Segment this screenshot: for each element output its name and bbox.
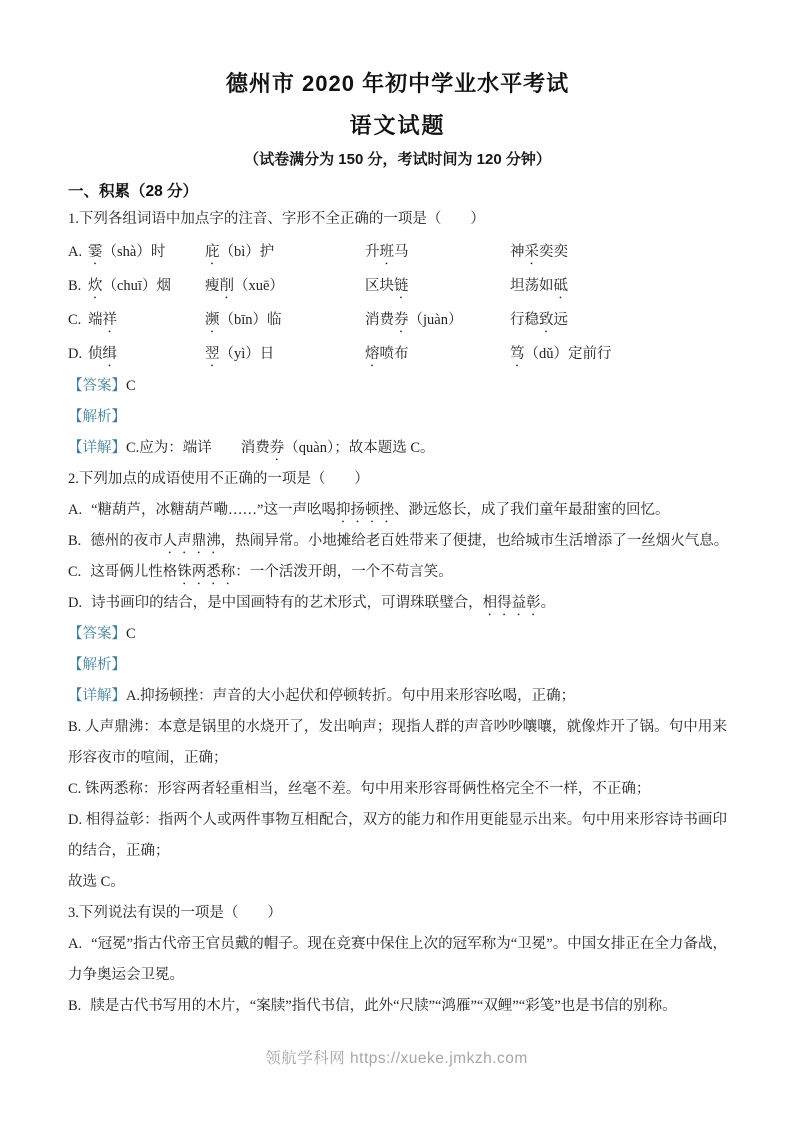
option-item: 行稳致远 [510, 303, 727, 337]
analysis-tag: 【解析】 [68, 409, 126, 425]
option-item: 熔喷布 [365, 337, 510, 371]
analysis-line: 【解析】 [68, 650, 727, 681]
analysis-tag: 【解析】 [68, 657, 126, 673]
option-item: 濒（bīn）临 [205, 303, 365, 337]
detail-tag: 【详解】 [68, 440, 126, 456]
detail-line: D. 相得益彰：指两个人或两件事物互相配合，双方的能力和作用更能显示出来。句中用… [68, 805, 727, 867]
detail-text: A.抑扬顿挫：声音的大小起伏和停顿转折。句中用来形容吆喝，正确； [126, 688, 575, 704]
option-d: D.诗书画印的结合，是中国画特有的艺术形式，可谓珠联璧合，相得益彰。 [68, 588, 727, 619]
detail-text: 故选 C。 [68, 874, 125, 890]
option-label: D. [68, 595, 82, 611]
watermark: 领航学科网 https://xueke.jmkzh.com [0, 1048, 793, 1070]
detail-text: D. 相得益彰：指两个人或两件事物互相配合，双方的能力和作用更能显示出来。句中用… [68, 812, 727, 859]
option-label: A. [68, 936, 82, 952]
option-label: B. [68, 998, 81, 1014]
option-item: 神采奕奕 [510, 235, 727, 269]
option-item: 翌（yì）日 [205, 337, 365, 371]
option-item: 升班马 [365, 235, 510, 269]
detail-line: C. 铢两悉称：形容两者轻重相当，丝毫不差。句中用来形容哥俩性格完全不一样，不正… [68, 774, 727, 805]
option-a: A.“冠冕”指古代帝王官员戴的帽子。现在竞赛中保住上次的冠军称为“卫冕”。中国女… [68, 929, 727, 991]
option-b: B.牍是古代书写用的木片，“案牍”指代书信，此外“尺牍”“鸿雁”“双鲤”“彩笺”… [68, 991, 727, 1022]
option-row-b: B. 炊（chuī）烟 瘦削（xuē） 区块链 坦荡如砥 [68, 269, 727, 303]
option-text: 牍是古代书写用的木片，“案牍”指代书信，此外“尺牍”“鸿雁”“双鲤”“彩笺”也是… [90, 998, 676, 1014]
question-3: 3.下列说法有误的一项是（ ） A.“冠冕”指古代帝王官员戴的帽子。现在竞赛中保… [68, 898, 727, 1022]
exam-document-page: 德州市 2020 年初中学业水平考试 语文试题 （试卷满分为 150 分，考试时… [0, 0, 793, 1122]
question-stem: 3.下列说法有误的一项是（ ） [68, 898, 727, 929]
option-item: 坦荡如砥 [510, 269, 727, 303]
detail-line: 故选 C。 [68, 867, 727, 898]
option-text: “糖葫芦，冰糖葫芦嘞……”这一声吆喝抑扬顿挫、渺远悠长，成了我们童年最甜蜜的回忆… [91, 502, 669, 518]
question-stem: 2.下列加点的成语使用不正确的一项是（ ） [68, 464, 727, 495]
answer-line: 【答案】C [68, 619, 727, 650]
question-1: 1.下列各组词语中加点字的注音、字形不全正确的一项是（ ） A. 霎（shà）时… [68, 204, 727, 464]
option-item: 笃（dǔ）定前行 [510, 337, 727, 371]
detail-tag: 【详解】 [68, 688, 126, 704]
section-heading: 一、积累（28 分） [68, 180, 727, 204]
option-b: B.德州的夜市人声鼎沸，热闹异常。小地摊给老百姓带来了便捷，也给城市生活增添了一… [68, 526, 727, 557]
option-item: 消费券（juàn） [365, 303, 510, 337]
option-item: 炊（chuī）烟 [88, 269, 205, 303]
page-subtitle-title: 语文试题 [68, 112, 727, 140]
answer-value: C [126, 378, 136, 394]
option-label: B. [68, 269, 88, 303]
option-text: 这哥俩儿性格铢两悉称：一个活泼开朗，一个不苟言笑。 [90, 564, 453, 580]
answer-tag: 【答案】 [68, 378, 126, 394]
answer-value: C [126, 626, 136, 642]
option-label: A. [68, 502, 82, 518]
answer-line: 【答案】C [68, 371, 727, 402]
option-item: 瘦削（xuē） [205, 269, 365, 303]
option-label: B. [68, 533, 81, 549]
exam-info-line: （试卷满分为 150 分，考试时间为 120 分钟） [68, 148, 727, 172]
detail-text: C.应为：端详 消费券（quàn）；故本题选 C。 [126, 440, 435, 456]
option-row-c: C. 端祥 濒（bīn）临 消费券（juàn） 行稳致远 [68, 303, 727, 337]
option-text: 诗书画印的结合，是中国画特有的艺术形式，可谓珠联璧合，相得益彰。 [91, 595, 555, 611]
detail-line: 【详解】C.应为：端详 消费券（quàn）；故本题选 C。 [68, 433, 727, 464]
detail-text: B. 人声鼎沸：本意是锅里的水烧开了，发出响声；现指人群的声音吵吵嚷嚷，就像炸开… [68, 719, 727, 766]
detail-line: 【详解】A.抑扬顿挫：声音的大小起伏和停顿转折。句中用来形容吆喝，正确； [68, 681, 727, 712]
option-label: A. [68, 235, 88, 269]
option-item: 庇（bì）护 [205, 235, 365, 269]
question-2: 2.下列加点的成语使用不正确的一项是（ ） A.“糖葫芦，冰糖葫芦嘞……”这一声… [68, 464, 727, 898]
option-text: 德州的夜市人声鼎沸，热闹异常。小地摊给老百姓带来了便捷，也给城市生活增添了一丝烟… [90, 533, 728, 549]
option-c: C.这哥俩儿性格铢两悉称：一个活泼开朗，一个不苟言笑。 [68, 557, 727, 588]
option-text: “冠冕”指古代帝王官员戴的帽子。现在竞赛中保住上次的冠军称为“卫冕”。中国女排正… [68, 936, 727, 983]
option-label: C. [68, 303, 88, 337]
option-item: 端祥 [88, 303, 205, 337]
option-item: 区块链 [365, 269, 510, 303]
option-label: D. [68, 337, 88, 371]
option-row-d: D. 侦缉 翌（yì）日 熔喷布 笃（dǔ）定前行 [68, 337, 727, 371]
detail-text: C. 铢两悉称：形容两者轻重相当，丝毫不差。句中用来形容哥俩性格完全不一样，不正… [68, 781, 650, 797]
option-item: 侦缉 [88, 337, 205, 371]
option-row-a: A. 霎（shà）时 庇（bì）护 升班马 神采奕奕 [68, 235, 727, 269]
analysis-line: 【解析】 [68, 402, 727, 433]
option-item: 霎（shà）时 [88, 235, 205, 269]
detail-line: B. 人声鼎沸：本意是锅里的水烧开了，发出响声；现指人群的声音吵吵嚷嚷，就像炸开… [68, 712, 727, 774]
page-title: 德州市 2020 年初中学业水平考试 [68, 70, 727, 98]
question-stem: 1.下列各组词语中加点字的注音、字形不全正确的一项是（ ） [68, 204, 727, 235]
option-label: C. [68, 564, 81, 580]
answer-tag: 【答案】 [68, 626, 126, 642]
option-a: A.“糖葫芦，冰糖葫芦嘞……”这一声吆喝抑扬顿挫、渺远悠长，成了我们童年最甜蜜的… [68, 495, 727, 526]
